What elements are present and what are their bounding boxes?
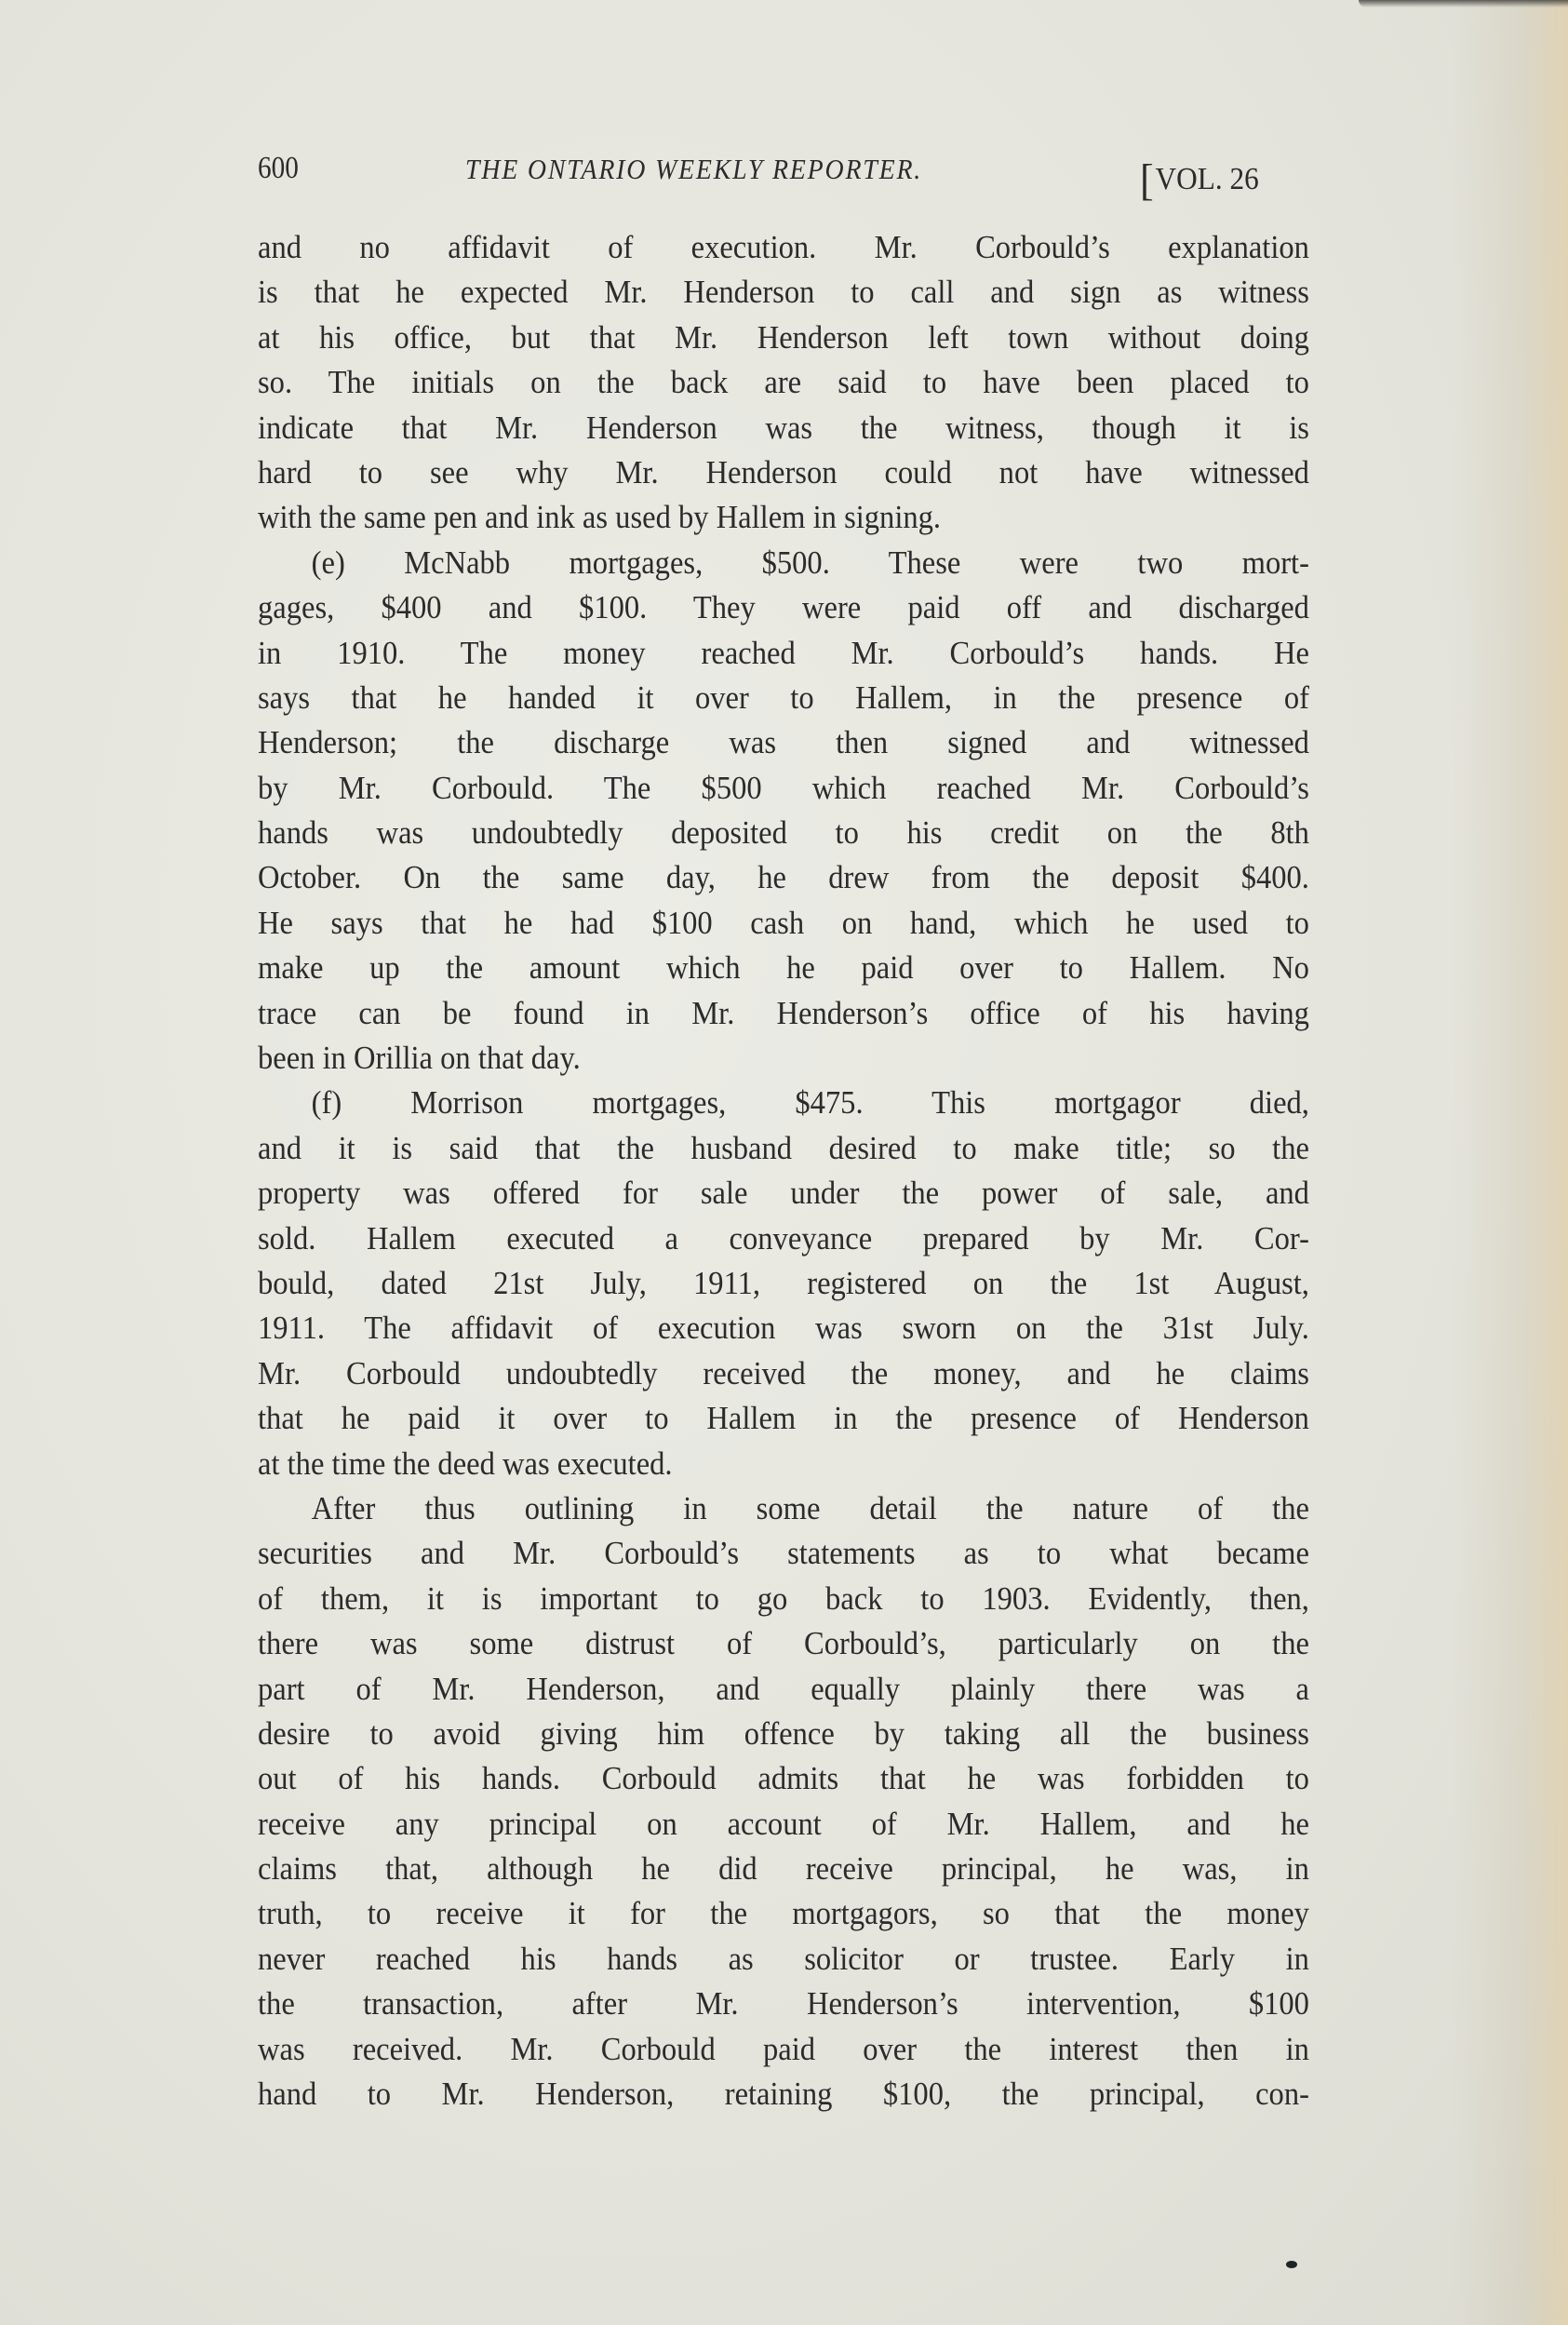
text-line: hands was undoubtedly deposited to his c… [258,811,1309,855]
text-line: He says that he had $100 cash on hand, w… [258,901,1309,946]
volume-bracket: [ [1140,155,1154,205]
page-edge-shadow [1359,0,1568,7]
text-line: that he paid it over to Hallem in the pr… [258,1396,1309,1441]
text-line: trace can be found in Mr. Henderson’s of… [258,991,1309,1036]
text-line: property was offered for sale under the … [258,1171,1309,1216]
paragraph-item-f: (f) Morrison mortgages, $475. This mortg… [258,1081,1309,1486]
text-line: bould, dated 21st July, 1911, registered… [258,1261,1309,1306]
text-line: receive any principal on account of Mr. … [258,1802,1309,1847]
text-line: hard to see why Mr. Henderson could not … [258,450,1309,495]
ink-speck [1286,2261,1297,2268]
text-line: claims that, although he did receive pri… [258,1847,1309,1891]
text-line: in 1910. The money reached Mr. Corbould’… [258,631,1309,676]
text-line: is that he expected Mr. Henderson to cal… [258,270,1309,315]
paragraph-item-e: (e) McNabb mortgages, $500. These were t… [258,541,1309,1082]
text-line: there was some distrust of Corbould’s, p… [258,1621,1309,1666]
body-text: and no affidavit of execution. Mr. Corbo… [258,225,1309,2117]
text-line: and it is said that the husband desired … [258,1126,1309,1171]
text-line: by Mr. Corbould. The $500 which reached … [258,766,1309,811]
text-line: says that he handed it over to Hallem, i… [258,676,1309,720]
journal-title: THE ONTARIO WEEKLY REPORTER. [465,153,922,186]
text-line: at his office, but that Mr. Henderson le… [258,316,1309,360]
text-line: desire to avoid giving him offence by ta… [258,1712,1309,1756]
text-line: (f) Morrison mortgages, $475. This mortg… [258,1081,1309,1125]
text-line: out of his hands. Corbould admits that h… [258,1756,1309,1801]
volume-label: [VOL. 26 [1140,155,1259,206]
text-line: the transaction, after Mr. Henderson’s i… [258,1982,1309,2026]
volume-number: VOL. 26 [1156,162,1259,196]
text-line: so. The initials on the back are said to… [258,360,1309,405]
text-line: hand to Mr. Henderson, retaining $100, t… [258,2072,1309,2117]
text-line: been in Orillia on that day. [258,1036,1309,1081]
text-line: of them, it is important to go back to 1… [258,1577,1309,1621]
text-line: truth, to receive it for the mortgagors,… [258,1891,1309,1936]
paragraph-after-outlining: After thus outlining in some detail the … [258,1486,1309,2117]
text-line: and no affidavit of execution. Mr. Corbo… [258,225,1309,270]
paragraph-continuation: and no affidavit of execution. Mr. Corbo… [258,225,1309,541]
text-line: After thus outlining in some detail the … [258,1486,1309,1531]
text-line: Henderson; the discharge was then signed… [258,720,1309,765]
text-line: make up the amount which he paid over to… [258,946,1309,990]
text-line: never reached his hands as solicitor or … [258,1937,1309,1982]
text-line: securities and Mr. Corbould’s statements… [258,1531,1309,1576]
text-line: sold. Hallem executed a conveyance prepa… [258,1216,1309,1261]
text-line: part of Mr. Henderson, and equally plain… [258,1667,1309,1712]
text-line: indicate that Mr. Henderson was the witn… [258,406,1309,450]
text-line: October. On the same day, he drew from t… [258,855,1309,900]
text-line: 1911. The affidavit of execution was swo… [258,1306,1309,1351]
running-header: 600 THE ONTARIO WEEKLY REPORTER. [VOL. 2… [256,147,1317,194]
text-line: with the same pen and ink as used by Hal… [258,495,1309,540]
text-line: Mr. Corbould undoubtedly received the mo… [258,1351,1309,1396]
text-line: (e) McNabb mortgages, $500. These were t… [258,541,1309,585]
text-line: gages, $400 and $100. They were paid off… [258,585,1309,630]
scanned-page: 600 THE ONTARIO WEEKLY REPORTER. [VOL. 2… [0,0,1568,2325]
text-line: was received. Mr. Corbould paid over the… [258,2027,1309,2072]
page-number: 600 [258,151,299,186]
text-line: at the time the deed was executed. [258,1442,1309,1486]
